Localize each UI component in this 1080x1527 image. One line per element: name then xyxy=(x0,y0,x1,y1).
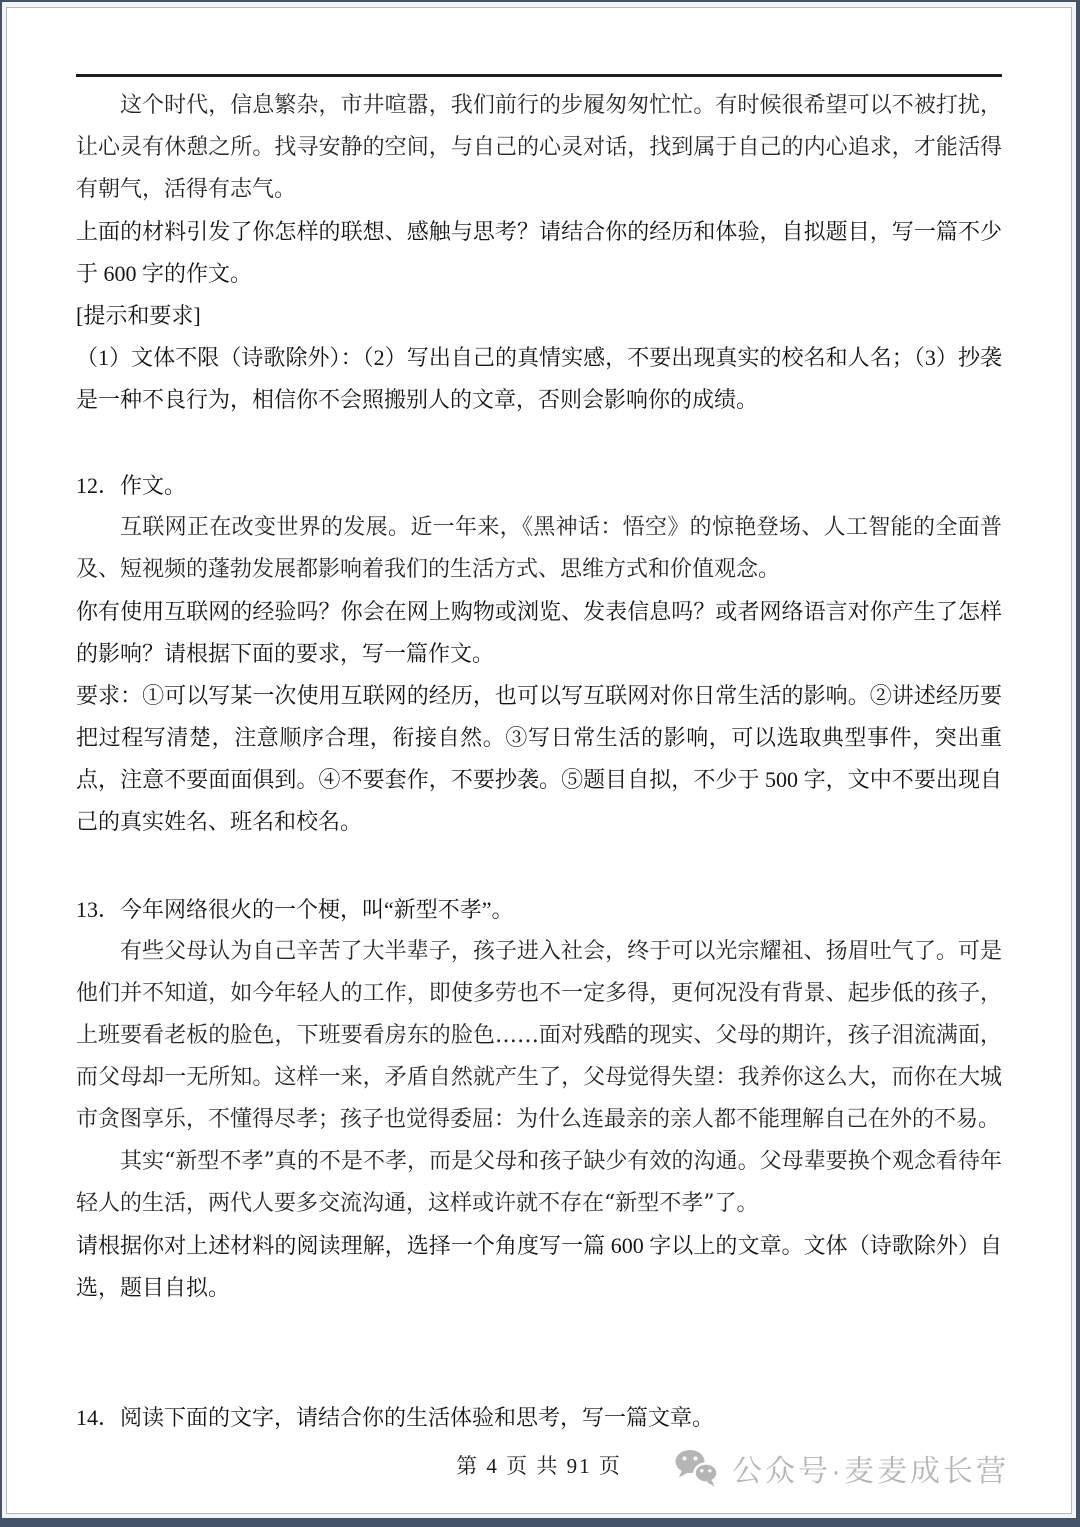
hint-items: （1）文体不限（诗歌除外）：（2）写出自己的真情实感，不要出现真实的校名和人名；… xyxy=(76,337,1002,421)
paragraph-prompt: 上面的材料引发了你怎样的联想、感触与思考？请结合你的经历和体验，自拟题目，写一篇… xyxy=(76,211,1002,295)
question-12-requirements: 要求：①可以写某一次使用互联网的经历，也可以写互联网对你日常生活的影响。②讲述经… xyxy=(76,675,1002,843)
question-13-header: 13．今年网络很火的一个梗，叫“新型不孝”。 xyxy=(76,889,1002,931)
page-frame: 这个时代，信息繁杂，市井喧嚣，我们前行的步履匆匆忙忙。有时候很希望可以不被打扰，… xyxy=(0,0,1080,1527)
page-inner-border: 这个时代，信息繁杂，市井喧嚣，我们前行的步履匆匆忙忙。有时候很希望可以不被打扰，… xyxy=(6,7,1072,1514)
question-13-prompt: 请根据你对上述材料的阅读理解，选择一个角度写一篇 600 字以上的文章。文体（诗… xyxy=(76,1225,1002,1309)
top-rule xyxy=(76,74,1002,77)
watermark-label: 公众号·麦麦成长营 xyxy=(732,1446,1009,1490)
question-13-material-1: 有些父母认为自己辛苦了大半辈子，孩子进入社会，终于可以光宗耀祖、扬眉吐气了。可是… xyxy=(76,931,1002,1141)
watermark: 公众号·麦麦成长营 xyxy=(673,1446,1009,1490)
document-content: 这个时代，信息繁杂，市井喧嚣，我们前行的步履匆匆忙忙。有时候很希望可以不被打扰，… xyxy=(76,8,1002,1439)
question-12-material: 互联网正在改变世界的发展。近一年来，《黑神话：悟空》的惊艳登场、人工智能的全面普… xyxy=(76,507,1002,591)
question-13-material-2: 其实“新型不孝”真的不是不孝，而是父母和孩子缺少有效的沟通。父母辈要换个观念看待… xyxy=(76,1141,1002,1225)
question-12-header: 12．作文。 xyxy=(76,465,1002,507)
paragraph-material-times: 这个时代，信息繁杂，市井喧嚣，我们前行的步履匆匆忙忙。有时候很希望可以不被打扰，… xyxy=(76,85,1002,211)
wechat-icon xyxy=(673,1448,720,1489)
question-14-header: 14．阅读下面的文字，请结合你的生活体验和思考，写一篇文章。 xyxy=(76,1397,1002,1439)
question-12-prompt: 你有使用互联网的经验吗？你会在网上购物或浏览、发表信息吗？或者网络语言对你产生了… xyxy=(76,591,1002,675)
page-footer: 第 4 页 共 91 页 xyxy=(7,1450,1071,1510)
hint-header: [提示和要求] xyxy=(76,295,1002,337)
